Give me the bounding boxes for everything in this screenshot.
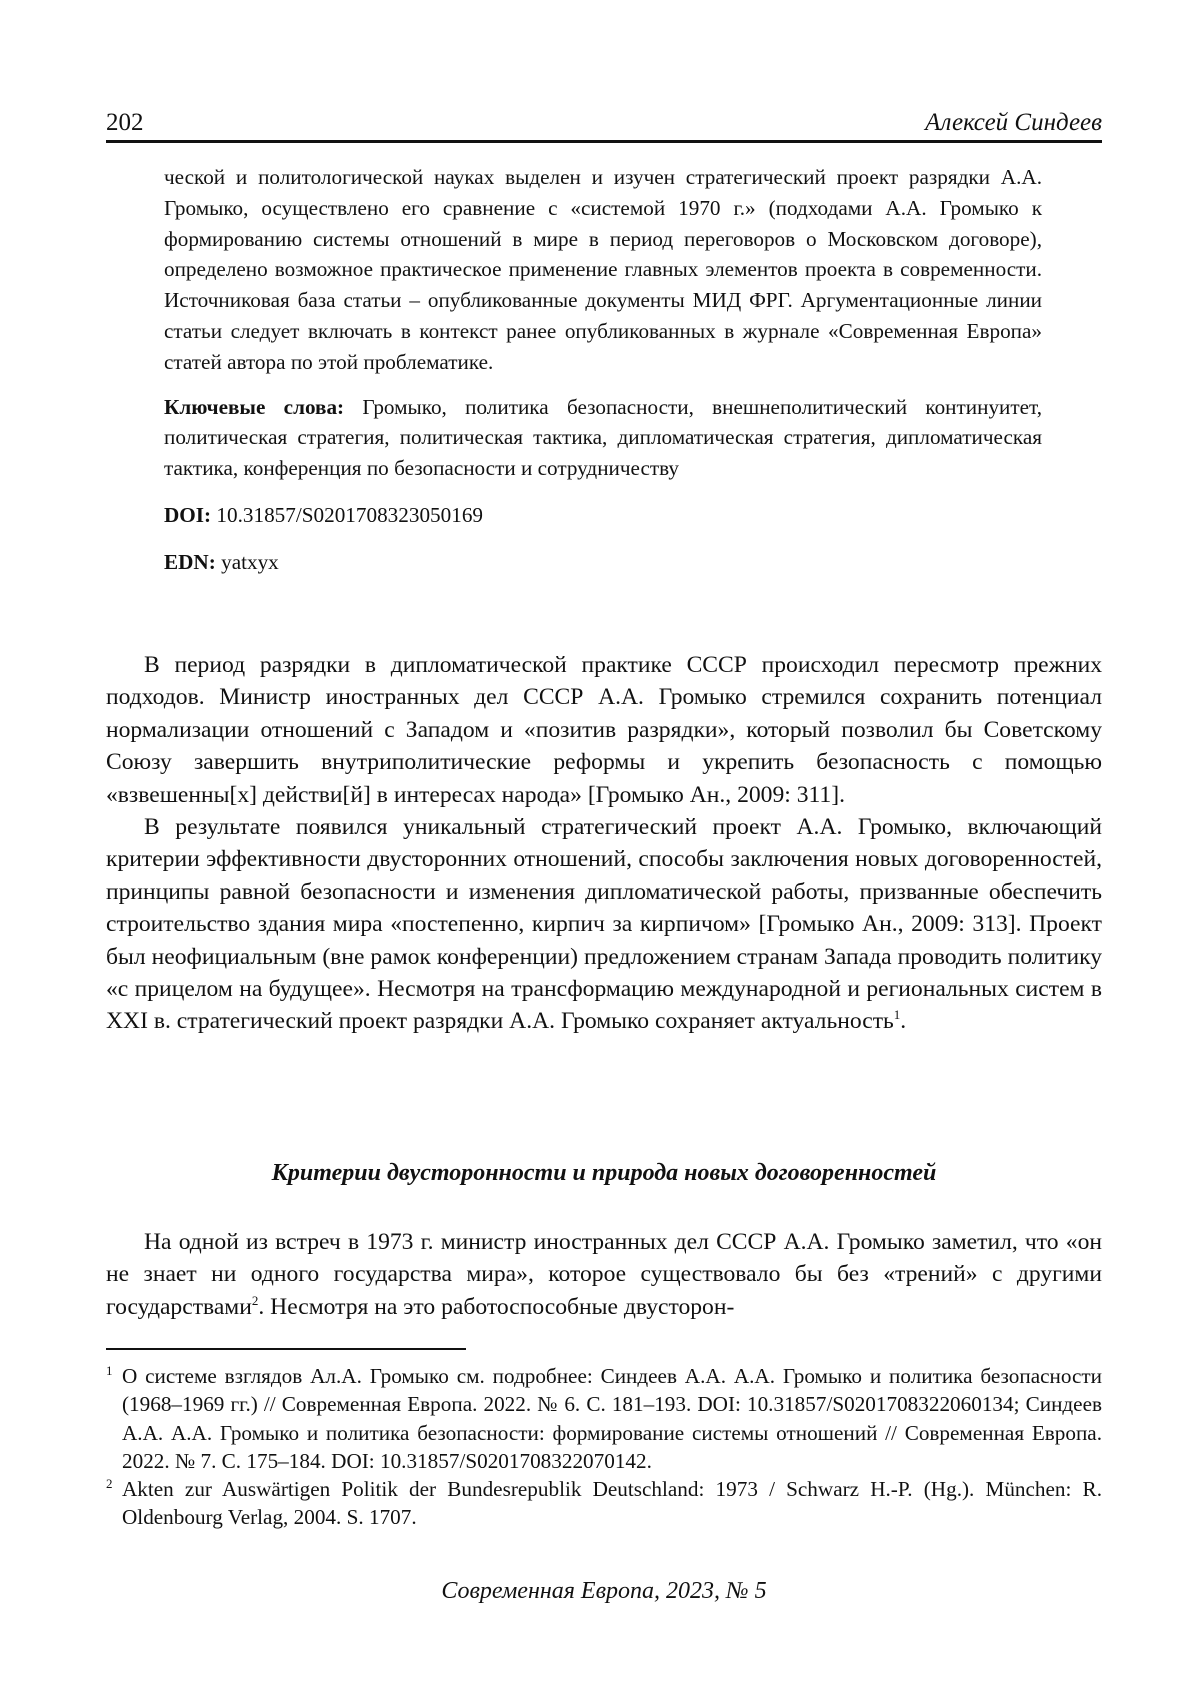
edn-line: EDN: yatxyx — [164, 547, 1042, 578]
edn-label: EDN: — [164, 550, 216, 574]
body-paragraph: На одной из встреч в 1973 г. министр ино… — [106, 1226, 1102, 1323]
body-paragraph: В период разрядки в дипломатической прак… — [106, 649, 1102, 811]
running-header: 202 Алексей Синдеев — [106, 104, 1102, 138]
body-paragraph-text: . Несмотря на это работоспособные двусто… — [258, 1294, 734, 1320]
page-number: 202 — [106, 108, 144, 138]
footnote-number: 2 — [106, 1470, 113, 1498]
punctuation: . — [900, 1008, 906, 1034]
running-footer: Современная Европа, 2023, № 5 — [106, 1576, 1102, 1606]
footnote-rule — [106, 1348, 466, 1350]
running-header-author: Алексей Синдеев — [925, 108, 1102, 138]
intro-body: В период разрядки в дипломатической прак… — [106, 649, 1102, 1038]
header-rule — [106, 140, 1102, 143]
journal-page: 202 Алексей Синдеев ческой и политологич… — [106, 0, 1102, 1694]
doi-line: DOI: 10.31857/S0201708323050169 — [164, 500, 1042, 531]
keywords-label: Ключевые слова: — [164, 395, 344, 419]
footnote-text: Akten zur Auswärtigen Politik der Bundes… — [122, 1477, 1102, 1529]
section-body: На одной из встреч в 1973 г. министр ино… — [106, 1226, 1102, 1323]
footnotes: 1 О системе взглядов Ал.А. Громыко см. п… — [106, 1362, 1102, 1532]
edn-value: yatxyx — [221, 550, 279, 574]
footnote: 1 О системе взглядов Ал.А. Громыко см. п… — [106, 1362, 1102, 1475]
footnote: 2 Akten zur Auswärtigen Politik der Bund… — [106, 1475, 1102, 1532]
footnote-text: О системе взглядов Ал.А. Громыко см. под… — [122, 1364, 1102, 1473]
doi-value: 10.31857/S0201708323050169 — [216, 503, 483, 527]
abstract-text: ческой и политологической науках выделен… — [164, 162, 1042, 378]
body-paragraph: В результате появился уникальный стратег… — [106, 811, 1102, 1038]
keywords: Ключевые слова: Громыко, политика безопа… — [164, 392, 1042, 484]
footnote-number: 1 — [106, 1357, 113, 1385]
body-paragraph-text: В результате появился уникальный стратег… — [106, 814, 1102, 1034]
section-heading: Критерии двусторонности и природа новых … — [106, 1157, 1102, 1189]
abstract-block: ческой и политологической науках выделен… — [164, 162, 1042, 578]
doi-label: DOI: — [164, 503, 211, 527]
